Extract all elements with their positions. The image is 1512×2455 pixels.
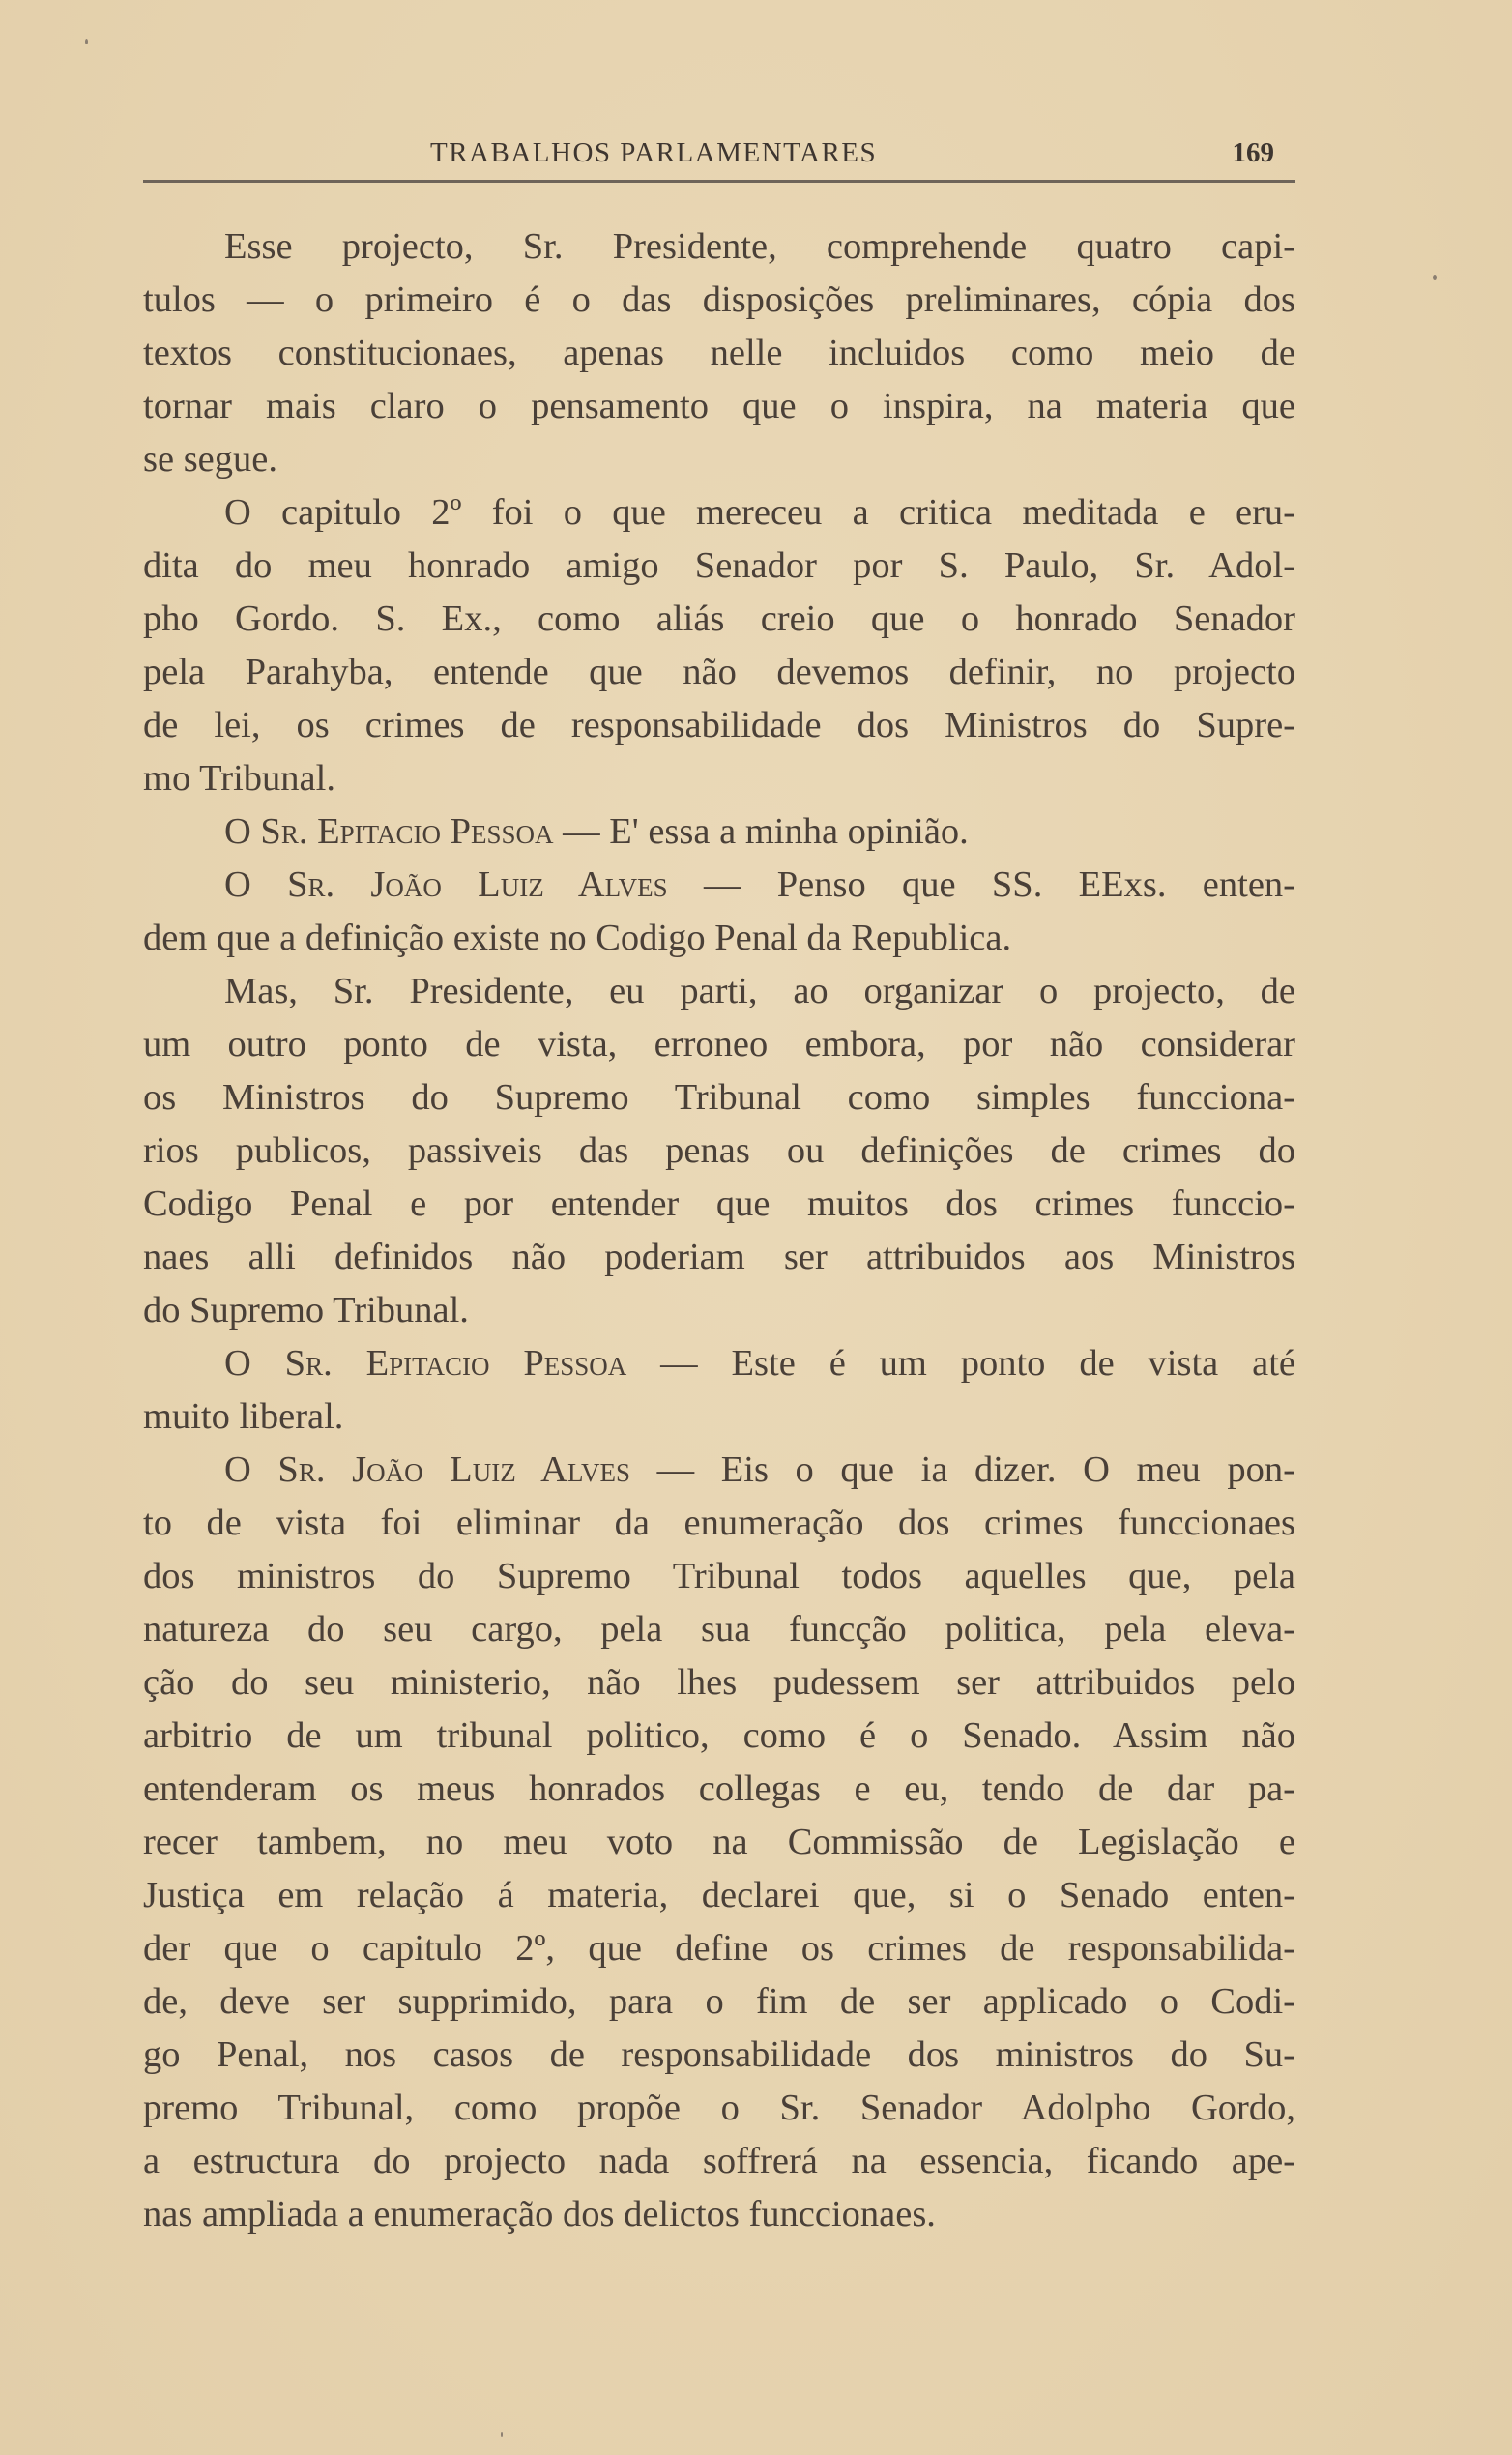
line-text: ção do seu ministerio, não lhes pudessem… [143, 1662, 1295, 1703]
text-line: der que o capitulo 2º, que define os cri… [143, 1922, 1295, 1975]
text-line: rios publicos, passiveis das penas ou de… [143, 1125, 1295, 1178]
line-text: to de vista foi eliminar da enumeração d… [143, 1503, 1295, 1543]
line-text: do Supremo Tribunal. [143, 1290, 469, 1330]
line-text: Codigo Penal e por entender que muitos d… [143, 1184, 1295, 1224]
running-header: TRABALHOS PARLAMENTARES 169 [143, 132, 1295, 182]
speaker-name: O Sr. João Luiz Alves [224, 1449, 630, 1490]
line-text: pela Parahyba, entende que não devemos d… [143, 652, 1295, 692]
text-line: natureza do seu cargo, pela sua funcção … [143, 1603, 1295, 1656]
line-text: dos ministros do Supremo Tribunal todos … [143, 1556, 1295, 1596]
text-line: do Supremo Tribunal. [143, 1284, 1295, 1337]
line-text: mo Tribunal. [143, 758, 335, 799]
line-text: dita do meu honrado amigo Senador por S.… [143, 545, 1295, 586]
text-line: O capitulo 2º foi o que mereceu a critic… [143, 486, 1295, 540]
line-text: — Eis o que ia dizer. O meu pon- [630, 1449, 1295, 1490]
text-line: Mas, Sr. Presidente, eu parti, ao organi… [143, 965, 1295, 1018]
page-number: 169 [1233, 137, 1275, 169]
line-text: — Este é um ponto de vista até [626, 1343, 1295, 1384]
text-line: O Sr. Epitacio Pessoa — Este é um ponto … [143, 1337, 1295, 1390]
text-line: um outro ponto de vista, erroneo embora,… [143, 1018, 1295, 1071]
text-line: pela Parahyba, entende que não devemos d… [143, 646, 1295, 699]
text-line: dita do meu honrado amigo Senador por S.… [143, 540, 1295, 593]
text-line: a estructura do projecto nada soffrerá n… [143, 2135, 1295, 2188]
line-text: muito liberal. [143, 1396, 343, 1437]
line-text: — Penso que SS. EExs. enten- [668, 864, 1295, 905]
text-line: tornar mais claro o pensamento que o ins… [143, 380, 1295, 433]
line-text: — E' essa a minha opinião. [554, 811, 969, 852]
text-line: recer tambem, no meu voto na Commissão d… [143, 1816, 1295, 1869]
text-line: go Penal, nos casos de responsabilidade … [143, 2029, 1295, 2082]
line-text: premo Tribunal, como propõe o Sr. Senado… [143, 2088, 1295, 2128]
line-text: O capitulo 2º foi o que mereceu a critic… [224, 492, 1295, 533]
line-text: entenderam os meus honrados collegas e e… [143, 1768, 1295, 1809]
text-line: arbitrio de um tribunal politico, como é… [143, 1710, 1295, 1763]
text-line: entenderam os meus honrados collegas e e… [143, 1763, 1295, 1816]
line-text: Mas, Sr. Presidente, eu parti, ao organi… [224, 971, 1295, 1011]
text-line: dem que a definição existe no Codigo Pen… [143, 912, 1295, 965]
line-text: recer tambem, no meu voto na Commissão d… [143, 1822, 1295, 1862]
text-line: Esse projecto, Sr. Presidente, comprehen… [143, 220, 1295, 274]
text-line: mo Tribunal. [143, 752, 1295, 805]
line-text: tornar mais claro o pensamento que o ins… [143, 386, 1295, 426]
text-line: Justiça em relação á materia, declarei q… [143, 1869, 1295, 1922]
text-line: naes alli definidos não poderiam ser att… [143, 1231, 1295, 1284]
text-line: ção do seu ministerio, não lhes pudessem… [143, 1656, 1295, 1710]
speaker-name: O Sr. Epitacio Pessoa [224, 1343, 626, 1384]
line-text: a estructura do projecto nada soffrerá n… [143, 2141, 1295, 2181]
text-line: O Sr. João Luiz Alves — Eis o que ia diz… [143, 1444, 1295, 1497]
line-text: um outro ponto de vista, erroneo embora,… [143, 1024, 1295, 1065]
speaker-name: O Sr. João Luiz Alves [224, 864, 668, 905]
text-line: de lei, os crimes de responsabilidade do… [143, 699, 1295, 752]
line-text: de lei, os crimes de responsabilidade do… [143, 705, 1295, 745]
line-text: tulos — o primeiro é o das disposições p… [143, 279, 1295, 320]
line-text: arbitrio de um tribunal politico, como é… [143, 1715, 1295, 1756]
text-line: de, deve ser supprimido, para o fim de s… [143, 1975, 1295, 2029]
line-text: textos constitucionaes, apenas nelle inc… [143, 333, 1295, 373]
line-text: dem que a definição existe no Codigo Pen… [143, 918, 1011, 958]
paper-speck [85, 39, 88, 44]
text-line: O Sr. Epitacio Pessoa — E' essa a minha … [143, 805, 1295, 859]
line-text: Esse projecto, Sr. Presidente, comprehen… [224, 226, 1295, 267]
running-title: TRABALHOS PARLAMENTARES [430, 137, 877, 169]
line-text: pho Gordo. S. Ex., como aliás creio que … [143, 599, 1295, 639]
body-text: Esse projecto, Sr. Presidente, comprehen… [143, 220, 1295, 2241]
text-line: dos ministros do Supremo Tribunal todos … [143, 1550, 1295, 1603]
text-line: premo Tribunal, como propõe o Sr. Senado… [143, 2082, 1295, 2135]
line-text: nas ampliada a enumeração dos delictos f… [143, 2194, 936, 2235]
text-line: Codigo Penal e por entender que muitos d… [143, 1178, 1295, 1231]
text-line: tulos — o primeiro é o das disposições p… [143, 274, 1295, 327]
line-text: Justiça em relação á materia, declarei q… [143, 1875, 1295, 1915]
text-line: pho Gordo. S. Ex., como aliás creio que … [143, 593, 1295, 646]
line-text: go Penal, nos casos de responsabilidade … [143, 2034, 1295, 2075]
line-text: de, deve ser supprimido, para o fim de s… [143, 1981, 1295, 2022]
header-rule [143, 180, 1295, 183]
line-text: rios publicos, passiveis das penas ou de… [143, 1130, 1295, 1171]
text-line: textos constitucionaes, apenas nelle inc… [143, 327, 1295, 380]
line-text: natureza do seu cargo, pela sua funcção … [143, 1609, 1295, 1650]
text-line: muito liberal. [143, 1390, 1295, 1444]
text-line: to de vista foi eliminar da enumeração d… [143, 1497, 1295, 1550]
line-text: naes alli definidos não poderiam ser att… [143, 1237, 1295, 1277]
line-text: der que o capitulo 2º, que define os cri… [143, 1928, 1295, 1969]
speaker-name: O Sr. Epitacio Pessoa [224, 811, 554, 852]
paper-speck [1433, 275, 1437, 280]
line-text: se segue. [143, 439, 277, 480]
text-line: nas ampliada a enumeração dos delictos f… [143, 2188, 1295, 2241]
text-line: os Ministros do Supremo Tribunal como si… [143, 1071, 1295, 1125]
text-line: se segue. [143, 433, 1295, 486]
line-text: os Ministros do Supremo Tribunal como si… [143, 1077, 1295, 1118]
paper-speck [501, 2432, 503, 2437]
text-line: O Sr. João Luiz Alves — Penso que SS. EE… [143, 859, 1295, 912]
